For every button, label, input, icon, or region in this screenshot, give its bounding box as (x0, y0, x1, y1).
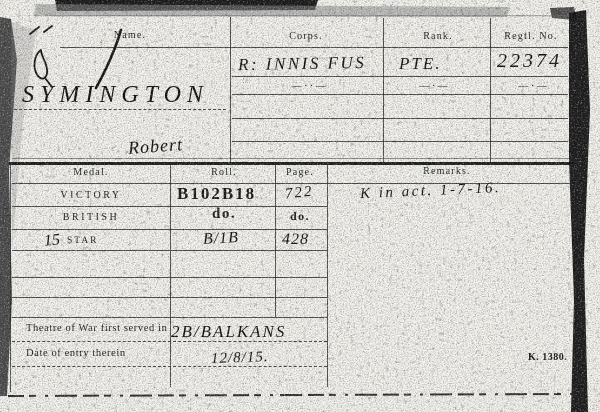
medal-roll-divider (170, 165, 171, 387)
rule-line (12, 229, 327, 230)
rule-line (60, 47, 568, 48)
column-divider (230, 17, 231, 163)
column-divider (490, 18, 491, 163)
roll-page-divider (275, 165, 276, 317)
rule-line (12, 277, 327, 278)
top-right-blot (550, 7, 577, 20)
left-scan-speckle (11, 22, 36, 250)
victory-roll-entry: B102B18 (177, 184, 256, 204)
rule-line (12, 317, 327, 318)
forename-entry: Robert (127, 134, 183, 159)
rank-ditto-mark: —·— (404, 80, 466, 92)
section-divider (9, 162, 573, 165)
corps-entry: R: INNIS FUS (238, 53, 367, 75)
regtl-no-header: Regtl. No. (494, 31, 568, 42)
form-number: K. 1380. (528, 352, 567, 363)
card-bottom-edge (8, 394, 574, 396)
rule-line (12, 206, 327, 207)
rule-line (12, 250, 327, 251)
star-medal-label: STAR (67, 236, 99, 246)
victory-page-entry: 722 (284, 184, 314, 204)
star-page-entry: 428 (282, 231, 309, 249)
rank-header: Rank. (392, 31, 484, 42)
theatre-entry: 2B/BALKANS (171, 322, 286, 342)
british-roll-ditto: do. (212, 206, 236, 223)
rank-entry: PTE. (399, 54, 441, 74)
medal-index-card: Name. Corps. Rank. Regtl. No. Medal. Rol… (0, 0, 600, 412)
surname-entry: SYMINGTON (22, 82, 209, 109)
column-divider (383, 18, 384, 163)
surname-rule (14, 109, 226, 110)
remarks-header: Remarks. (392, 166, 502, 177)
rule-line (232, 94, 568, 95)
section-divider-thin (12, 158, 570, 159)
star-roll-entry: B/1B (203, 229, 240, 249)
table-right-border (327, 165, 328, 387)
card-top-edge (45, 15, 570, 16)
name-header: Name. (80, 30, 180, 41)
victory-medal-label: VICTORY (36, 190, 146, 201)
rule-line (232, 118, 568, 119)
medal-header: Medal. (36, 167, 146, 178)
date-of-entry-label: Date of entry therein (26, 348, 126, 359)
right-scan-band (569, 10, 590, 412)
rule-line (232, 141, 568, 142)
rule-line (232, 76, 568, 77)
british-page-ditto: do. (290, 209, 310, 224)
regtl-no-entry: 22374 (497, 50, 562, 73)
regtl-ditto-mark: —·— (506, 80, 562, 92)
theatre-label: Theatre of War first served in (26, 323, 167, 334)
page-header: Page. (276, 167, 324, 178)
top-scan-bar (55, 0, 318, 11)
date-rule (12, 366, 327, 367)
british-medal-label: BRITISH (36, 212, 146, 223)
top-scan-shadow (34, 4, 510, 17)
date-of-entry-value: 12/8/15. (211, 349, 269, 368)
corps-header: Corps. (250, 31, 362, 42)
star-prefix-entry: 15 (43, 231, 61, 250)
roll-header: Roll. (182, 167, 266, 178)
rule-line (12, 297, 327, 298)
corps-ditto-mark: —··— (272, 80, 348, 92)
